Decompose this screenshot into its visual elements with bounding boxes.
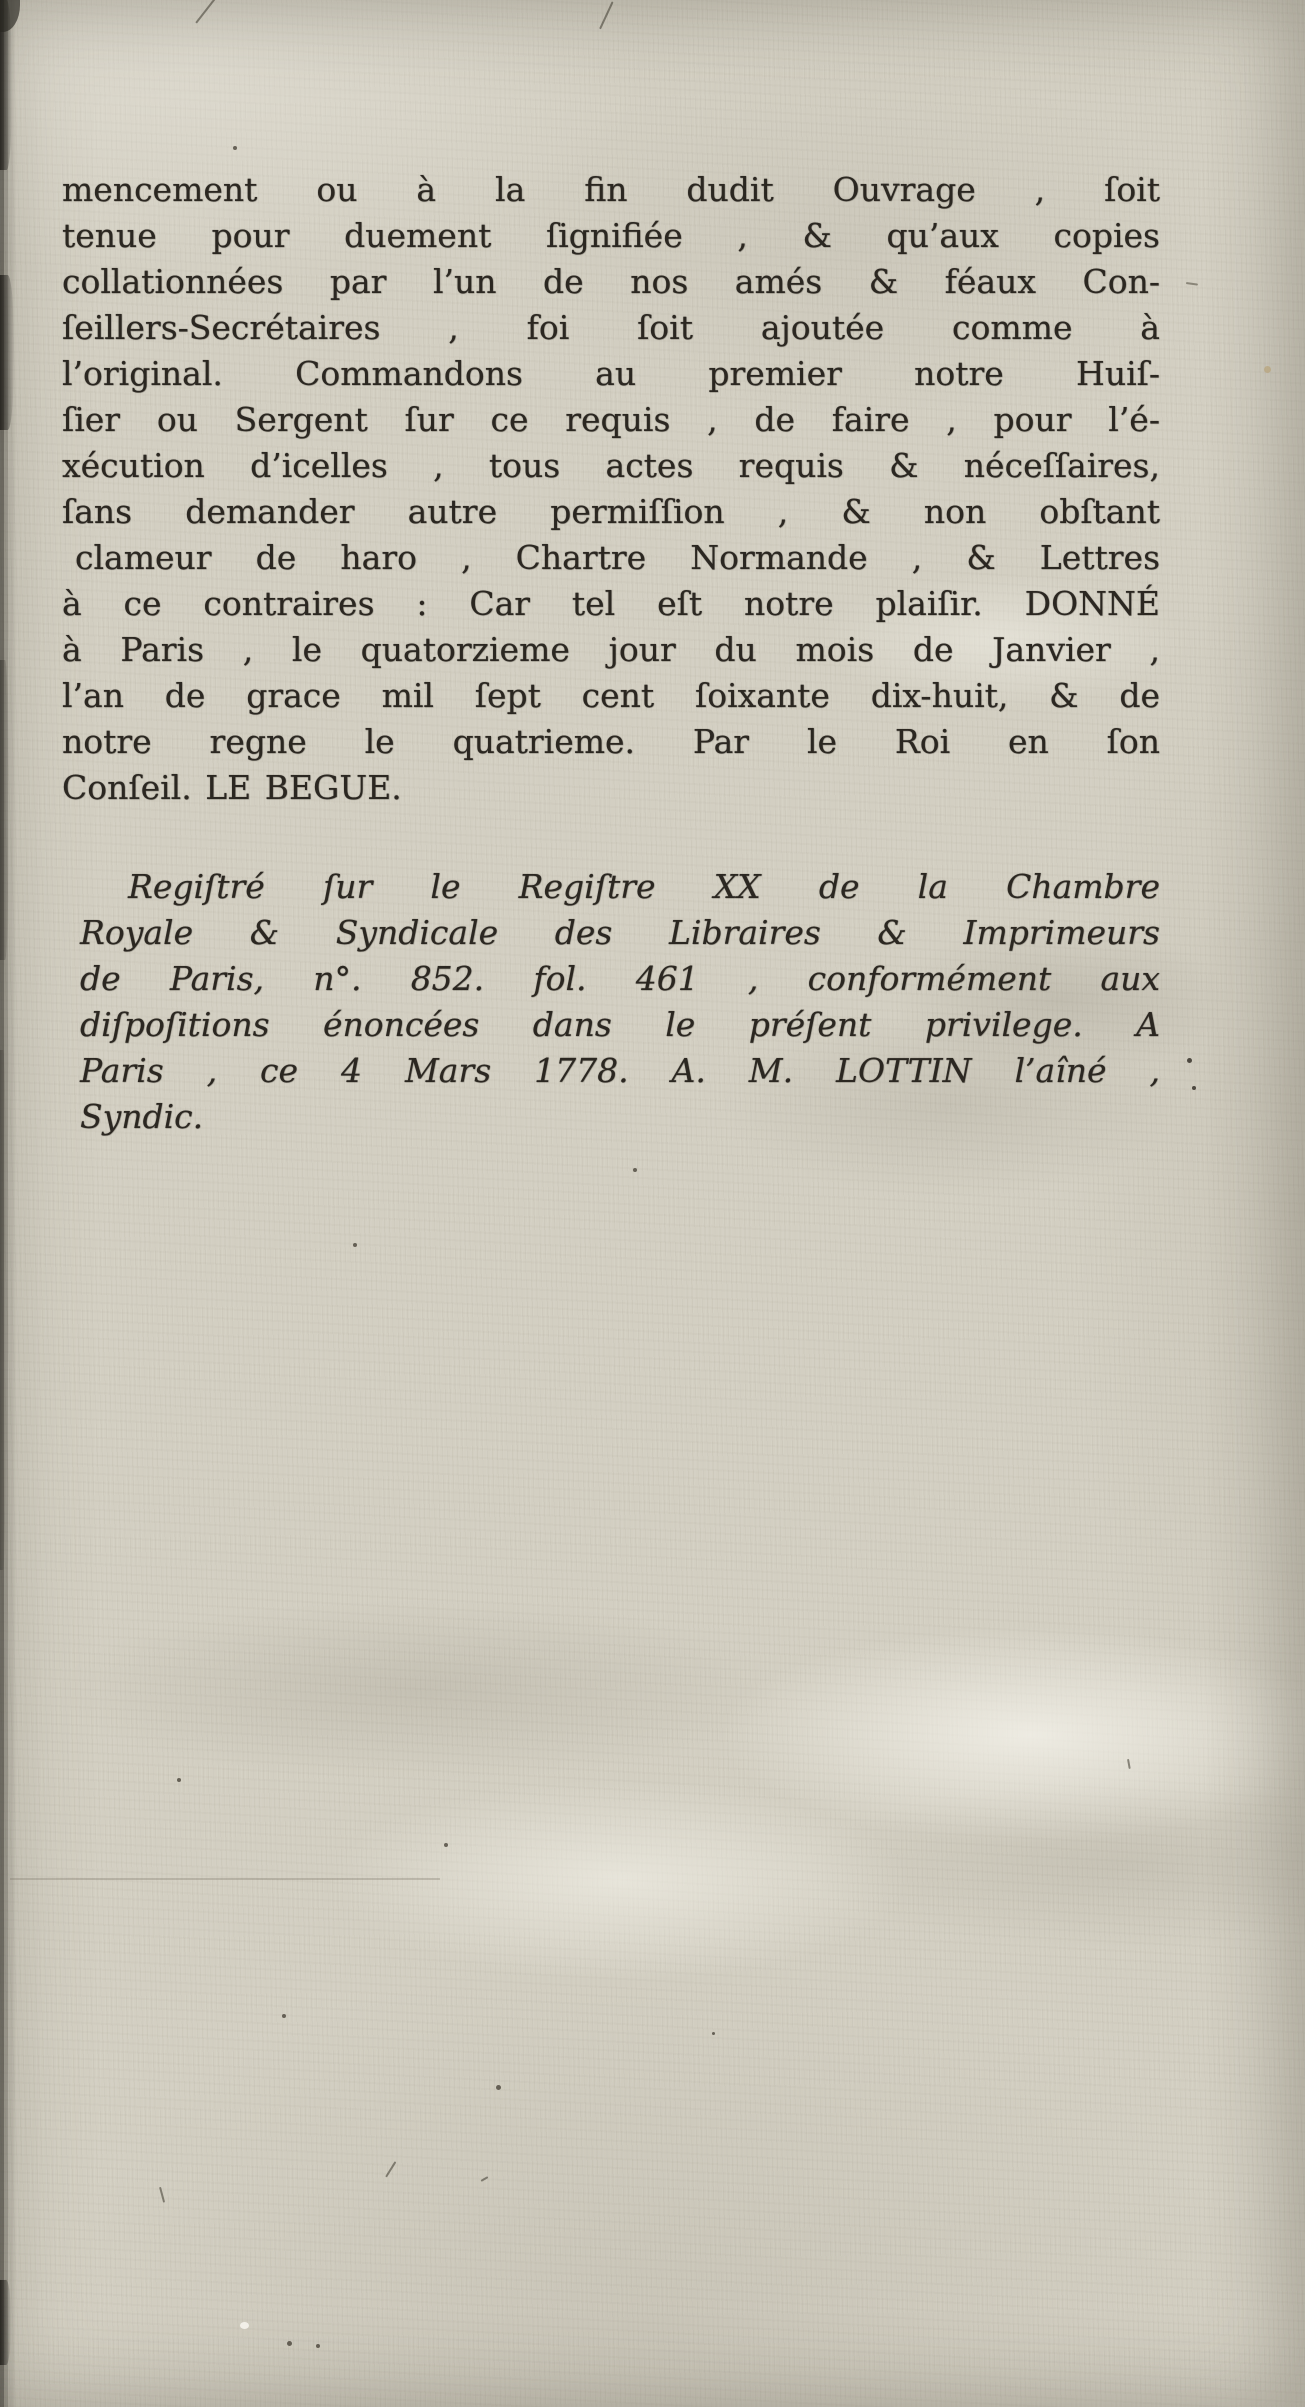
privilege-paragraph: mencement ou à la fin dudit Ouvrage , ſo… xyxy=(62,167,1160,811)
text-line: ſeillers-Secrétaires , foi ſoit ajoutée … xyxy=(62,305,1160,351)
text-line: à ce contraires : Car tel eſt notre plai… xyxy=(62,581,1160,627)
text-line: Conſeil. LE BEGUE. xyxy=(62,765,1160,811)
page-corner-shadow xyxy=(0,0,20,32)
paper-fiber xyxy=(481,2176,489,2182)
text-line: ſier ou Sergent ſur ce requis , de faire… xyxy=(62,397,1160,443)
paper-speck xyxy=(177,1778,181,1782)
paper-speck xyxy=(712,2032,715,2035)
paper-scratch xyxy=(195,0,221,24)
paper-speck xyxy=(444,1843,448,1847)
text-line: mencement ou à la fin dudit Ouvrage , ſo… xyxy=(62,167,1160,213)
ink-speck xyxy=(1187,1058,1192,1063)
scanned-book-page: mencement ou à la fin dudit Ouvrage , ſo… xyxy=(0,0,1305,2407)
paper-speck xyxy=(316,2344,320,2348)
paper-light-spot xyxy=(240,2322,249,2329)
paper-speck xyxy=(282,2014,286,2018)
paper-speck xyxy=(496,2085,501,2090)
text-line: collationnées par l’un de nos amés & féa… xyxy=(62,259,1160,305)
paper-stain-speck xyxy=(1264,366,1271,373)
paper-crease xyxy=(10,1878,440,1880)
paper-speck xyxy=(233,146,237,150)
text-line: tenue pour duement ſignifiée , & qu’aux … xyxy=(62,213,1160,259)
text-line: l’original. Commandons au premier notre … xyxy=(62,351,1160,397)
text-line: de Paris, n°. 852. fol. 461 , conforméme… xyxy=(80,956,1160,1002)
text-line: notre regne le quatrieme. Par le Roi en … xyxy=(62,719,1160,765)
page-gutter-shadow xyxy=(0,1050,6,1570)
paper-scratch xyxy=(599,1,613,29)
page-text: mencement ou à la fin dudit Ouvrage , ſo… xyxy=(62,167,1160,1140)
text-line: Regiſtré ſur le Regiſtre XX de la Chambr… xyxy=(80,864,1160,910)
page-gutter-shadow xyxy=(0,660,9,960)
text-line: Royale & Syndicale des Libraires & Impri… xyxy=(80,910,1160,956)
paper-fiber xyxy=(159,2187,165,2203)
text-line: xécution d’icelles , tous actes requis &… xyxy=(62,443,1160,489)
paper-fiber xyxy=(385,2161,396,2177)
registration-paragraph: Regiſtré ſur le Regiſtre XX de la Chambr… xyxy=(80,864,1160,1140)
text-line: clameur de haro , Chartre Normande , & L… xyxy=(62,535,1160,581)
paper-fiber xyxy=(1186,282,1198,286)
text-line: à Paris , le quatorzieme jour du mois de… xyxy=(62,627,1160,673)
ink-speck xyxy=(1192,1086,1196,1090)
paper-fiber xyxy=(1127,1759,1131,1769)
page-gutter-shadow xyxy=(0,2280,11,2365)
paper-speck xyxy=(287,2341,292,2346)
text-line: Syndic. xyxy=(80,1094,1160,1140)
paper-speck xyxy=(633,1168,637,1172)
paper-speck xyxy=(353,1243,357,1247)
text-line: diſpoſitions énoncées dans le préſent pr… xyxy=(80,1002,1160,1048)
text-line: ſans demander autre permiſſion , & non o… xyxy=(62,489,1160,535)
text-line: l’an de grace mil ſept cent ſoixante dix… xyxy=(62,673,1160,719)
page-gutter-shadow xyxy=(0,275,14,430)
text-line: Paris , ce 4 Mars 1778. A. M. LOTTIN l’a… xyxy=(80,1048,1160,1094)
